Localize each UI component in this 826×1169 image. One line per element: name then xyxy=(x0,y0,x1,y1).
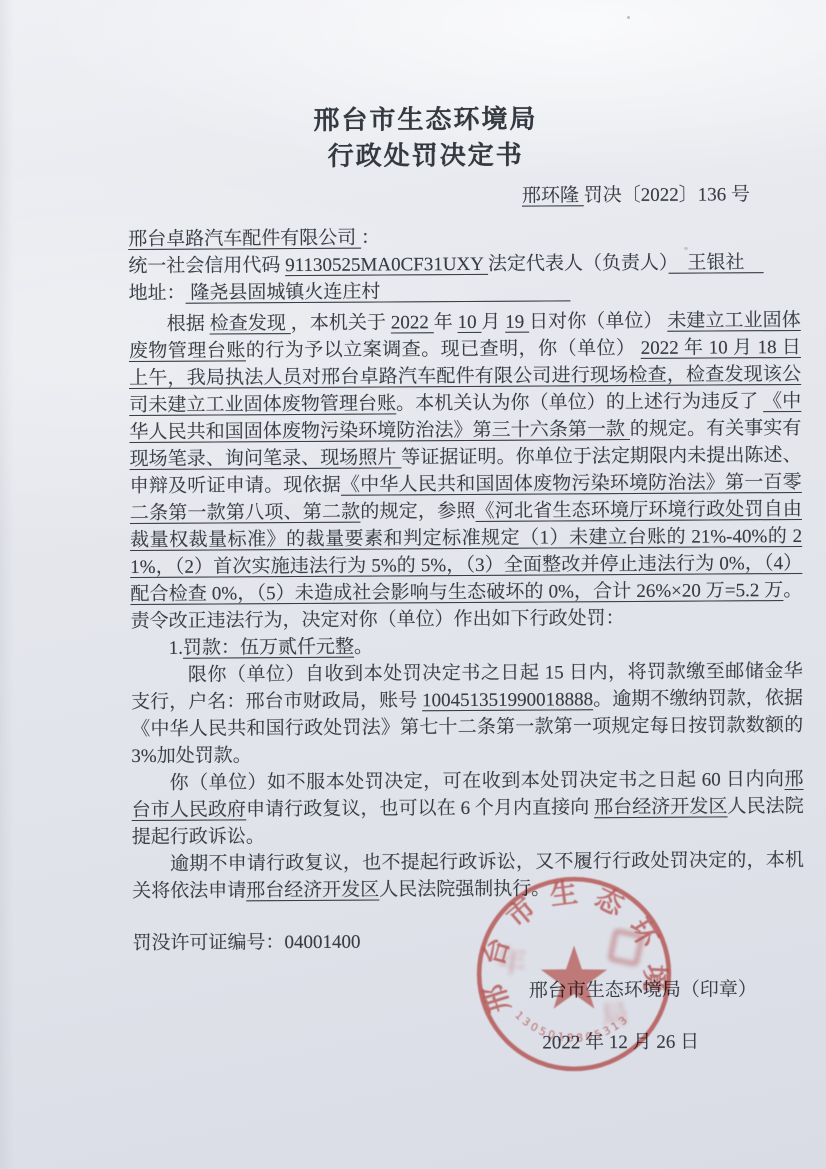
penalty-license-number-line: 罚没许可证编号：04001400 xyxy=(132,927,804,957)
agency-title: 邢台市生态环境局 xyxy=(89,100,761,140)
document-number-rest: 罚决〔2022〕136 号 xyxy=(584,184,750,206)
issuer-signature-line: 邢台市生态环境局（印章） xyxy=(133,977,805,1007)
document-type-title: 行政处罚决定书 xyxy=(90,136,762,176)
recipient-address-line: 地址： 隆尧县固城镇火连庄村 xyxy=(128,276,800,307)
document-number-agency-code: 邢环隆 xyxy=(522,185,584,206)
paragraph-payment-instructions: 限你（单位）自收到本处罚决定书之日起 15 日内，将罚款缴至邮储金华支行，户名：… xyxy=(131,658,804,770)
document-number: 邢环隆 罚决〔2022〕136 号 xyxy=(128,182,800,212)
paragraph-enforcement-notice: 逾期不申请行政复议，也不提起行政诉讼，又不履行行政处罚决定的，本机关将依法申请邢… xyxy=(132,847,804,905)
paragraph-facts-and-legal-basis: 根据 检查发现 ，本机关于 2022 年 10 月 19 日对你（单位） 未建立… xyxy=(129,307,803,635)
document-content: 邢台市生态环境局 行政处罚决定书 邢环隆 罚决〔2022〕136 号 邢台卓路汽… xyxy=(127,0,805,1059)
document-body: 根据 检查发现 ，本机关于 2022 年 10 月 19 日对你（单位） 未建立… xyxy=(129,307,805,905)
scanned-document-page: 邢台市生态环境局 行政处罚决定书 邢环隆 罚决〔2022〕136 号 邢台卓路汽… xyxy=(0,0,826,1169)
paragraph-penalty-item: 1.罚款：伍万贰仟元整。 xyxy=(131,631,803,662)
document-header: 邢台市生态环境局 行政处罚决定书 xyxy=(89,100,761,176)
recipient-block: 邢台卓路汽车配件有限公司 ： 统一社会信用代码 91130525MA0CF31U… xyxy=(128,222,800,307)
recipient-company-line: 邢台卓路汽车配件有限公司 ： xyxy=(128,222,800,253)
issue-date-line: 2022 年 12 月 26 日 xyxy=(133,1029,805,1059)
recipient-credit-code-line: 统一社会信用代码 91130525MA0CF31UXY 法定代表人（负责人） 王… xyxy=(128,249,800,280)
paragraph-appeal-rights: 你（单位）如不服本处罚决定，可在收到本处罚决定书之日起 60 日内向邢台市人民政… xyxy=(131,766,803,851)
